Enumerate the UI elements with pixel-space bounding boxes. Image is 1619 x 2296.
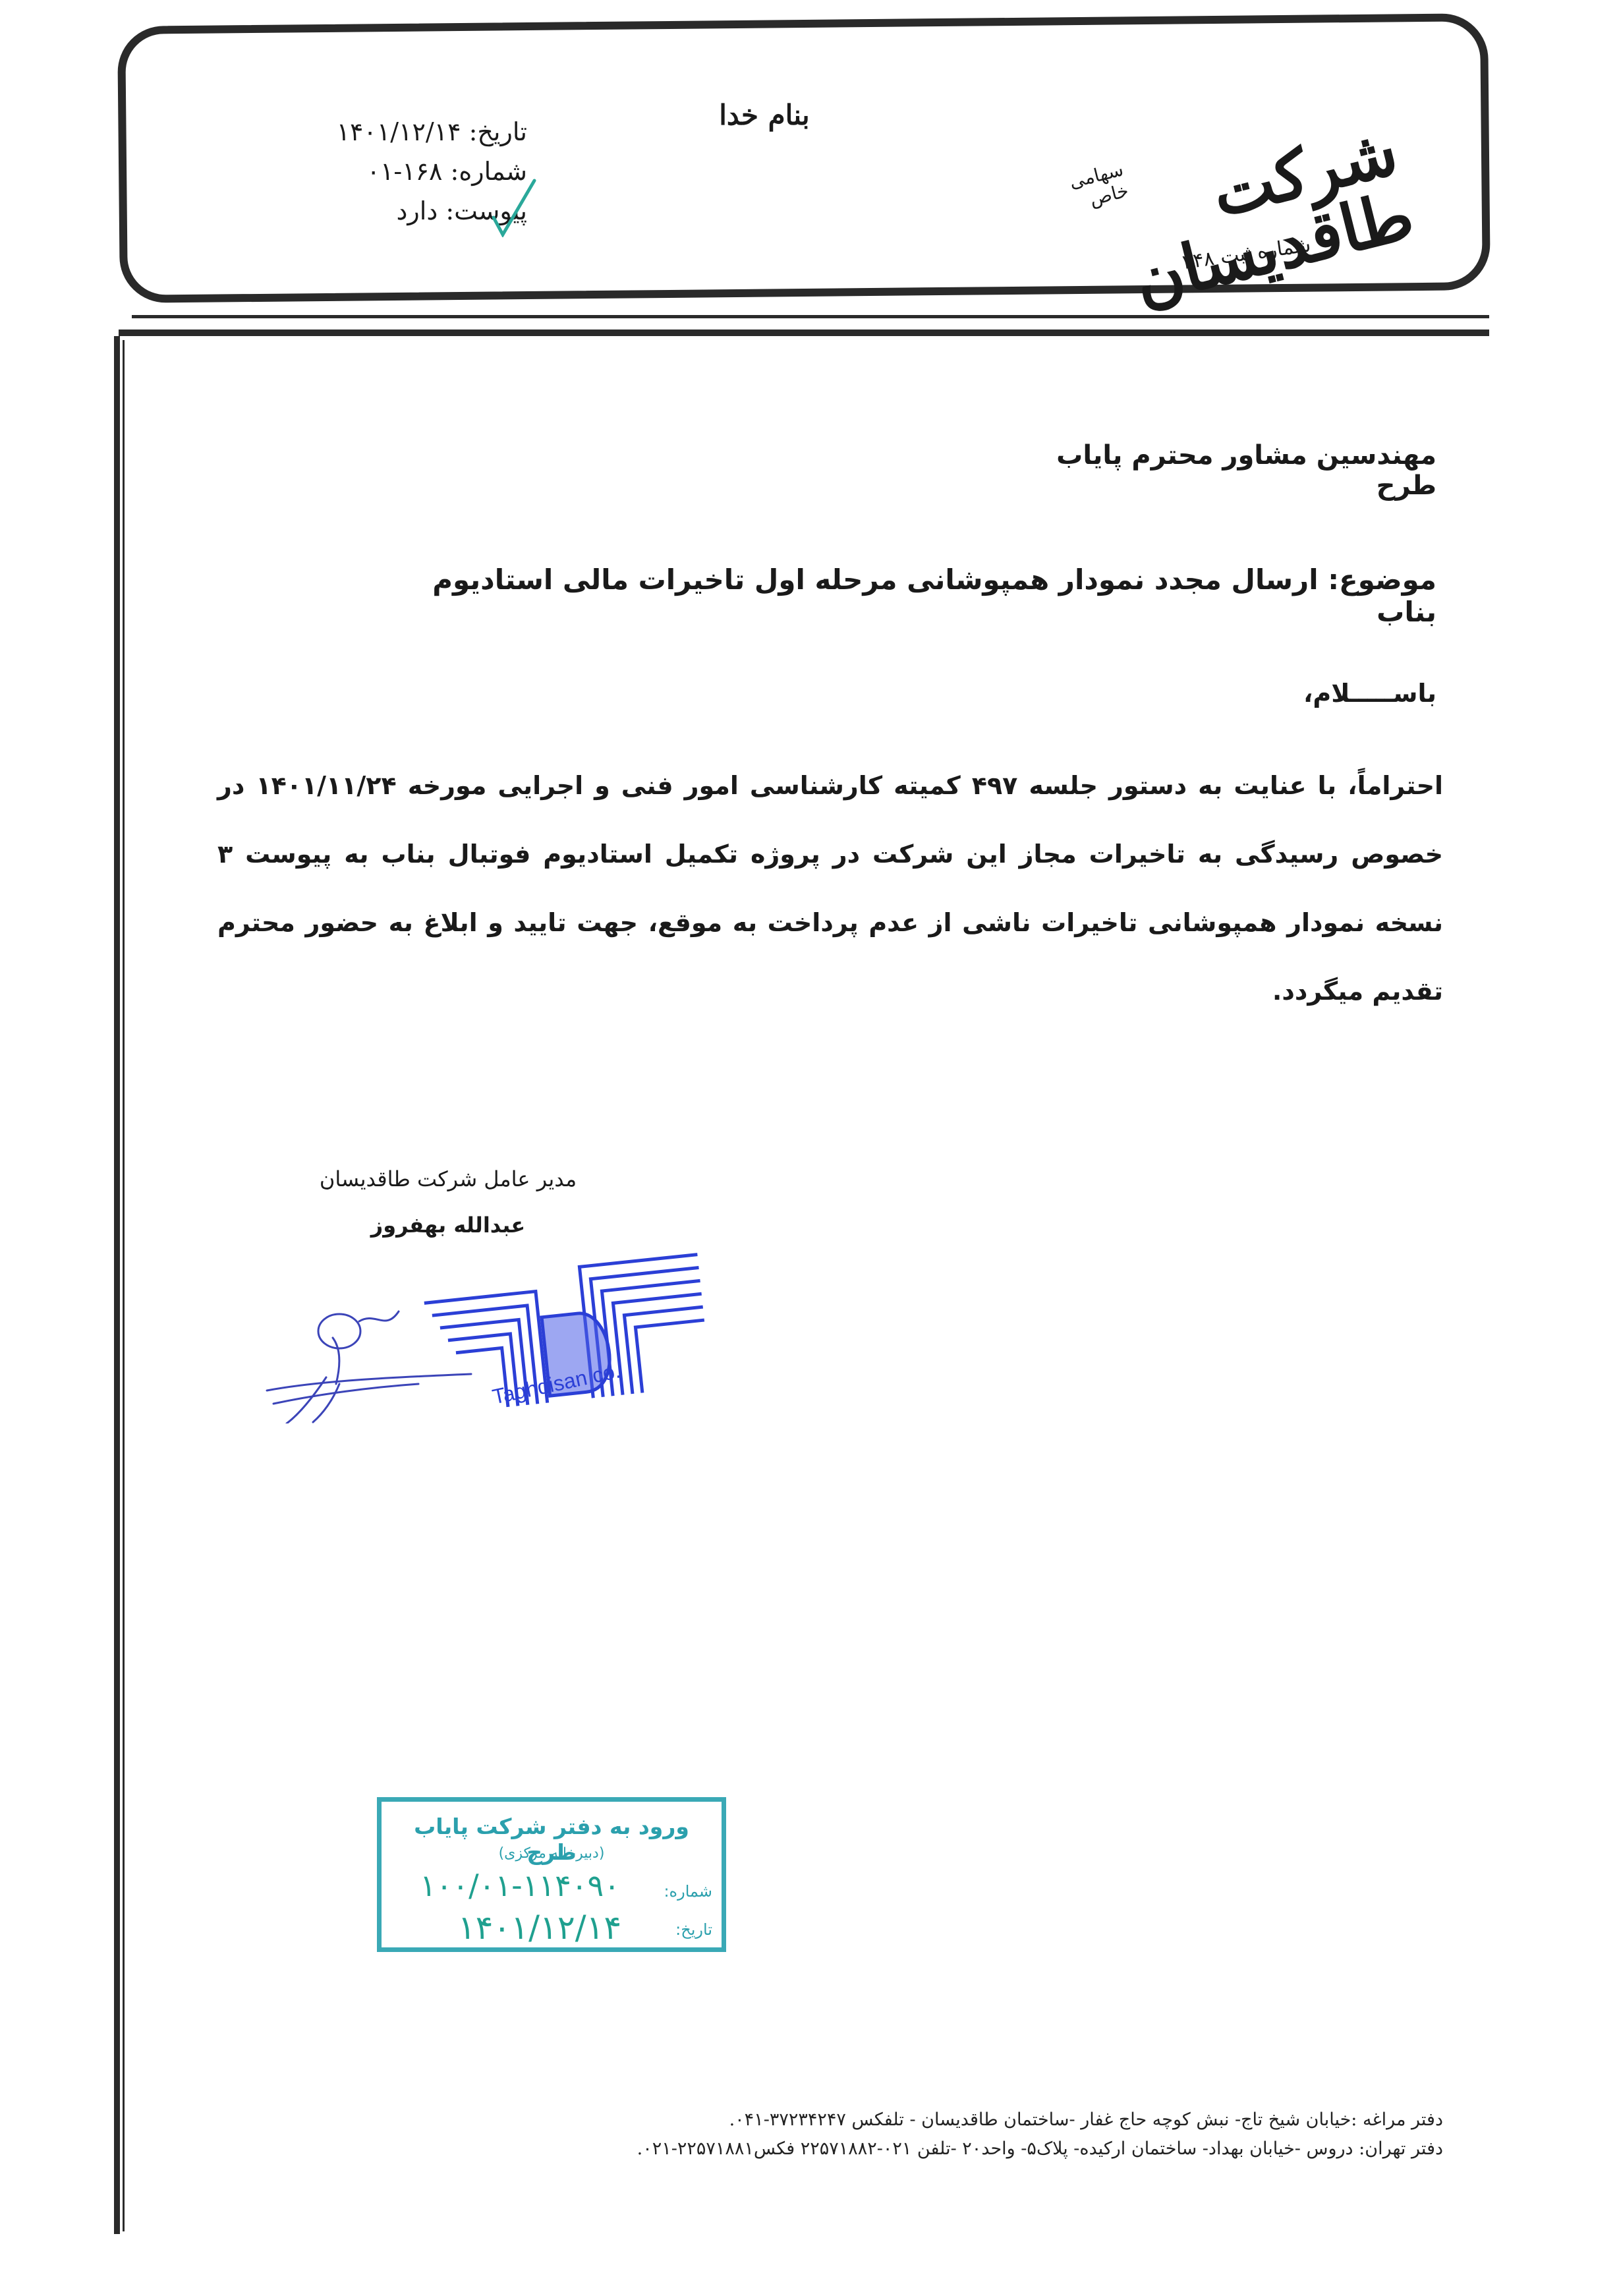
letterhead-rule-thin — [132, 315, 1489, 318]
date-label: تاریخ: — [469, 117, 527, 146]
attachment-row: پیوست: دارد — [250, 191, 527, 231]
signatory-name: عبدالله بهفروز — [277, 1213, 619, 1238]
attachment-value: دارد — [397, 196, 438, 225]
stamp-number-value: ۱۰۰/۰۱-۱۱۴۰۹۰ — [401, 1868, 639, 1903]
footer-addresses: دفتر مراغه :خیابان شیخ تاج- نبش کوچه حاج… — [626, 2106, 1443, 2164]
footer-tehran-office: دفتر تهران: دروس -خیابان بهداد- ساختمان … — [626, 2135, 1443, 2164]
greeting: باســـــلام، — [1186, 679, 1436, 708]
stamp-date-value: ۱۴۰۱/۱۲/۱۴ — [441, 1909, 639, 1947]
date-value: ۱۴۰۱/۱۲/۱۴ — [337, 117, 461, 146]
stamp-subtitle: (دبیرخانه مرکزی) — [388, 1845, 715, 1862]
basmala-heading: بنام خدا — [659, 99, 870, 131]
stamp-number-label: شماره: — [664, 1882, 712, 1901]
company-seal-icon — [415, 1249, 718, 1420]
date-row: تاریخ: ۱۴۰۱/۱۲/۱۴ — [250, 112, 527, 152]
number-value: ۱۶۸-۰۱ — [367, 157, 443, 186]
receipt-stamp: ورود به دفتر شرکت پایاب طرح (دبیرخانه مر… — [377, 1797, 726, 1952]
letter-meta: تاریخ: ۱۴۰۱/۱۲/۱۴ شماره: ۱۶۸-۰۱ پیوست: د… — [250, 112, 527, 231]
subject-line: موضوع: ارسال مجدد نمودار همپوشانی مرحله … — [395, 563, 1436, 628]
number-row: شماره: ۱۶۸-۰۱ — [250, 152, 527, 191]
letterhead-rule-thick — [119, 330, 1489, 336]
stamp-date-label: تاریخ: — [675, 1920, 712, 1939]
signatory-title: مدیر عامل شرکت طاقدیسان — [277, 1166, 619, 1191]
letter-body: احتراماً، با عنایت به دستور جلسه ۴۹۷ کمی… — [217, 751, 1443, 1025]
recipient-line: مهندسین مشاور محترم پایاب طرح — [988, 440, 1436, 501]
footer-maragheh-office: دفتر مراغه :خیابان شیخ تاج- نبش کوچه حاج… — [626, 2106, 1443, 2135]
left-border-rail-inner — [123, 340, 125, 2231]
subject-text: ارسال مجدد نمودار همپوشانی مرحله اول تاخ… — [432, 563, 1436, 628]
left-border-rail — [114, 336, 120, 2234]
subject-label: موضوع: — [1328, 563, 1436, 596]
check-mark-icon — [491, 178, 537, 237]
